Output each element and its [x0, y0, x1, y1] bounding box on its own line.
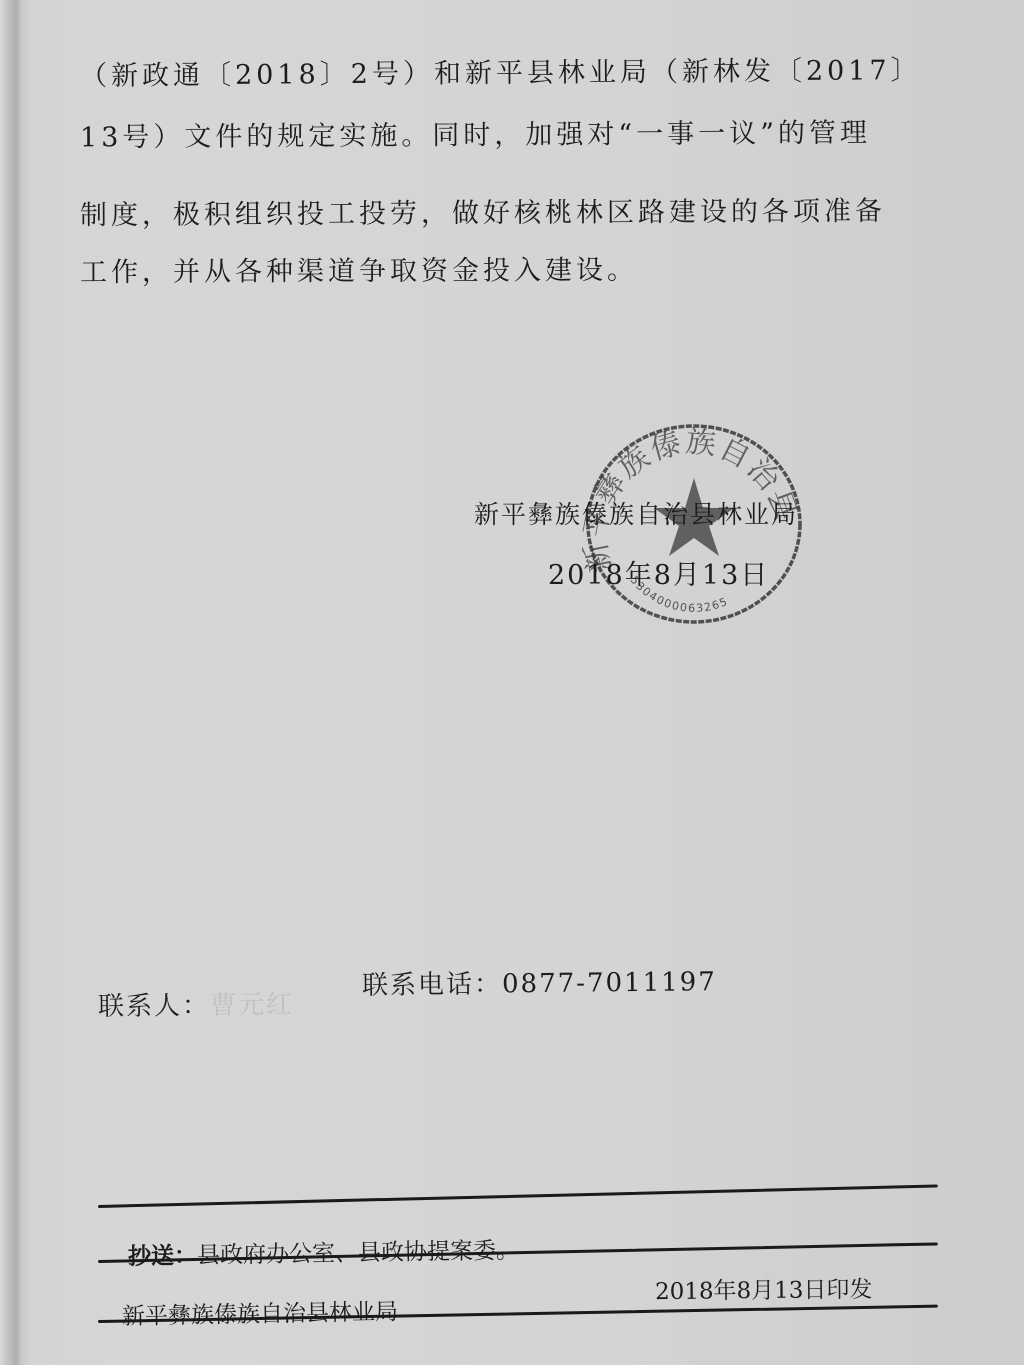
cc-label: 抄送：	[128, 1242, 197, 1270]
body-line: 13号）文件的规定实施。同时，加强对“一事一议”的管理	[80, 120, 871, 152]
contact-person-label: 联系人：	[98, 991, 210, 1022]
contact-phone-number: 0877-7011197	[502, 967, 717, 999]
body-line: （新政通〔2018〕2号）和新平县林业局（新林发〔2017〕	[80, 57, 922, 90]
contact-person: 联系人：曹元红	[98, 984, 294, 1023]
footer-rule-top	[98, 1184, 938, 1208]
signature-organization: 新平彝族傣族自治县林业局	[474, 495, 798, 531]
document-page: （新政通〔2018〕2号）和新平县林业局（新林发〔2017〕 13号）文件的规定…	[0, 0, 1024, 1365]
issue-date: 2018年8月13日印发	[655, 1271, 873, 1306]
body-line: 工作，并从各种渠道争取资金投入建设。	[80, 257, 638, 286]
contact-phone-label: 联系电话：	[362, 969, 502, 1000]
issuer-organization: 新平彝族傣族自治县林业局	[122, 1293, 399, 1331]
page-binding-edge	[0, 0, 20, 1365]
contact-phone: 联系电话：0877-7011197	[362, 961, 717, 1002]
contact-person-name: 曹元红	[210, 990, 294, 1021]
signature-date: 2018年8月13日	[548, 553, 769, 592]
body-line: 制度，极积组织投工投劳，做好核桃林区路建设的各项准备	[80, 198, 886, 229]
